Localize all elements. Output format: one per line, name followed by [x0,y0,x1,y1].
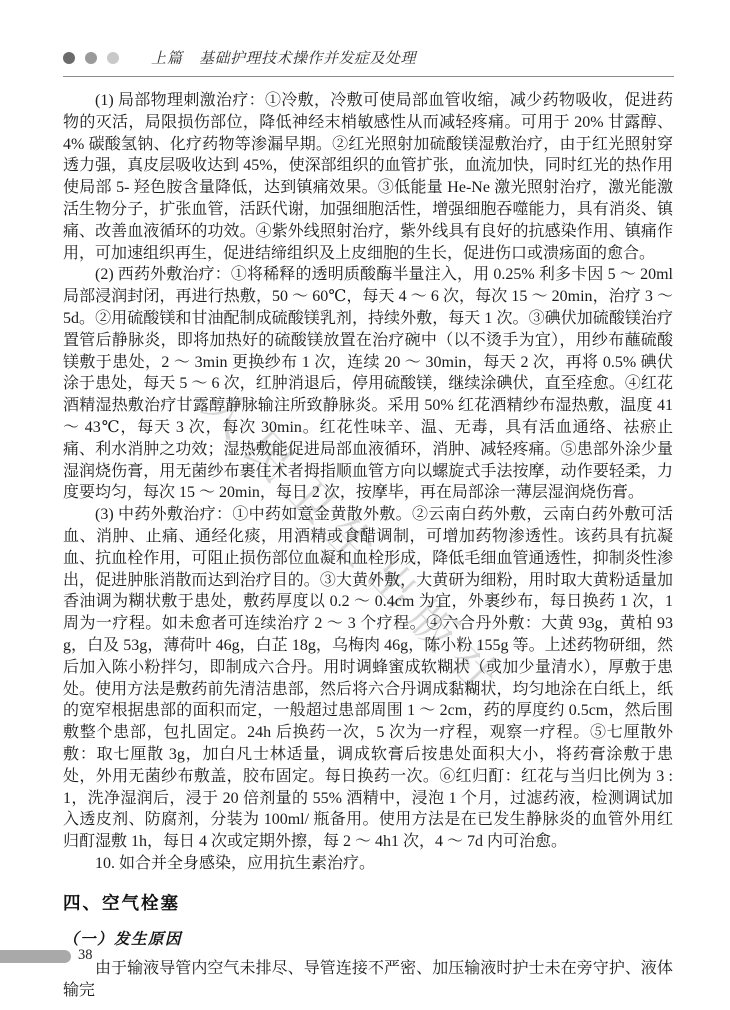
body-paragraph: 由于输液导管内空气未排尽、导管连接不严密、加压输液时护士未在旁守护、液体输完 [63,958,673,1002]
subsection-heading: （一）发生原因 [63,929,673,951]
body-paragraph: (3) 中药外敷治疗：①中药如意金黄散外敷。②云南白药外敷，云南白药外敷可活血、… [63,504,673,853]
section-heading: 四、空气栓塞 [63,893,673,915]
level-dot-dark-icon [63,52,75,64]
page-header: 上篇 基础护理技术操作并发症及处理 [63,47,674,85]
page-header-row: 上篇 基础护理技术操作并发症及处理 [63,47,674,68]
book-page: 上篇 基础护理技术操作并发症及处理 人民卫生出版社 (1) 局部物理刺激治疗：①… [0,0,730,1010]
body-paragraph: (1) 局部物理刺激治疗：①冷敷，冷敷可使局部血管收缩，减少药物吸收，促进药物的… [63,90,673,264]
body-paragraph: (2) 西药外敷治疗：①将稀释的透明质酸酶半量注入，用 0.25% 利多卡因 5… [63,264,673,504]
header-book-title: 基础护理技术操作并发症及处理 [199,47,416,68]
header-divider [63,76,674,77]
level-dot-light-icon [107,52,119,64]
page-number-tab [0,950,71,963]
level-dot-medium-icon [85,52,97,64]
header-part-label: 上篇 [151,47,183,68]
body-paragraph: 10. 如合并全身感染，应用抗生素治疗。 [63,853,673,875]
page-body: (1) 局部物理刺激治疗：①冷敷，冷敷可使局部血管收缩，减少药物吸收，促进药物的… [63,90,673,1002]
